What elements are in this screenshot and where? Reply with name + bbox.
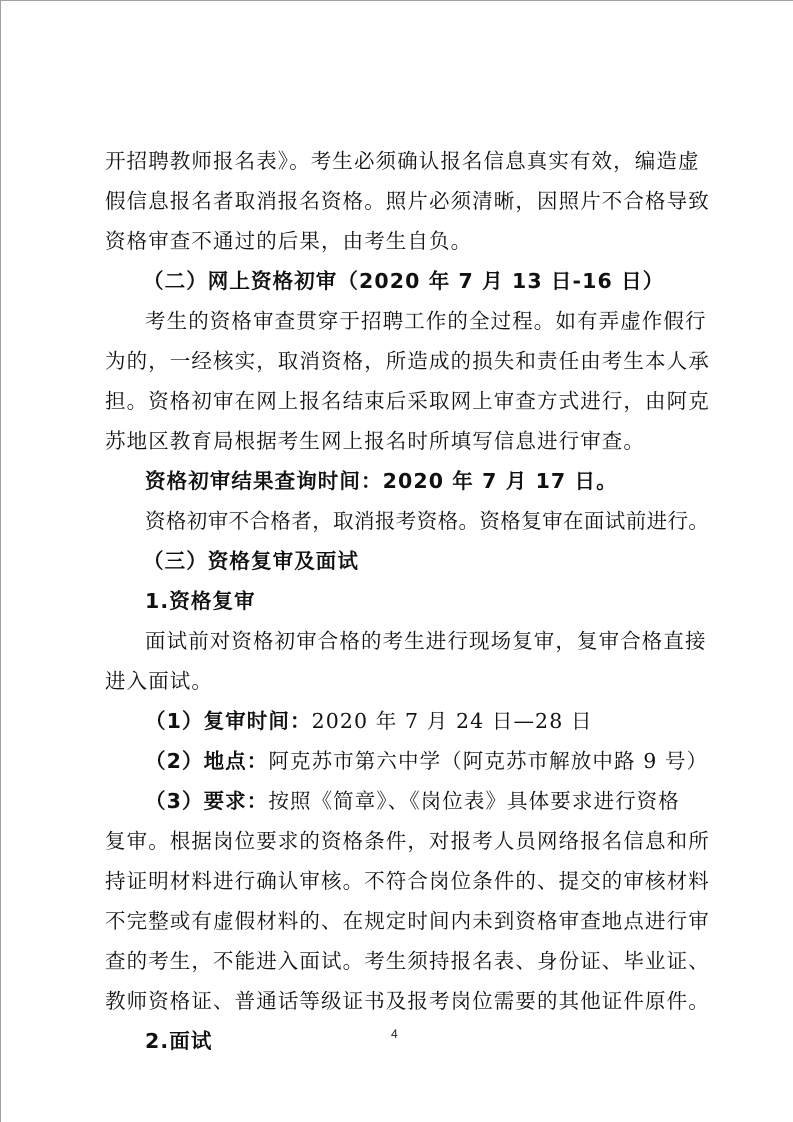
requirements-item: （3）要求：按照《简章》、《岗位表》具体要求进行资格 <box>145 781 680 821</box>
item-value: 2020 年 7 月 24 日—28 日 <box>312 709 593 733</box>
page-number: 4 <box>391 1027 398 1041</box>
paragraph-line: 资格审查不通过的后果，由考生自负。 <box>105 221 472 261</box>
paragraph-line: 教师资格证、普通话等级证书及报考岗位需要的其他证件原件。 <box>105 981 710 1021</box>
paragraph-line: 苏地区教育局根据考生网上报名时所填写信息进行审查。 <box>105 421 645 461</box>
item-label: （2）地点： <box>145 749 268 773</box>
subsection-heading-1: 1.资格复审 <box>145 581 256 621</box>
location-item: （2）地点：阿克苏市第六中学（阿克苏市解放中路 9 号） <box>145 741 708 781</box>
result-query-time: 资格初审结果查询时间：2020 年 7 月 17 日。 <box>145 461 618 501</box>
paragraph-line: 假信息报名者取消报名资格。照片必须清晰，因照片不合格导致 <box>105 181 710 221</box>
paragraph-line: 查的考生，不能进入面试。考生须持报名表、身份证、毕业证、 <box>105 941 710 981</box>
paragraph-line: 考生的资格审查贯穿于招聘工作的全过程。如有弄虚作假行 <box>145 301 707 341</box>
paragraph-line: 为的，一经核实，取消资格，所造成的损失和责任由考生本人承 <box>105 341 710 381</box>
paragraph-line: 不完整或有虚假材料的、在规定时间内未到资格审查地点进行审 <box>105 901 710 941</box>
section-heading-3: （三）资格复审及面试 <box>143 541 359 581</box>
paragraph-line: 资格初审不合格者，取消报考资格。资格复审在面试前进行。 <box>145 501 709 541</box>
page: 开招聘教师报名表》。考生必须确认报名信息真实有效，编造虚 假信息报名者取消报名资… <box>0 0 793 1122</box>
review-time-item: （1）复审时间：2020 年 7 月 24 日—28 日 <box>145 701 593 741</box>
paragraph-line: 持证明材料进行确认审核。不符合岗位条件的、提交的审核材料 <box>105 861 710 901</box>
paragraph-line: 面试前对资格初审合格的考生进行现场复审，复审合格直接 <box>145 621 707 661</box>
item-value: 阿克苏市第六中学（阿克苏市解放中路 9 号） <box>268 749 708 773</box>
item-label: （1）复审时间： <box>145 709 312 733</box>
item-value: 按照《简章》、《岗位表》具体要求进行资格 <box>268 789 680 813</box>
paragraph-line: 担。资格初审在网上报名结束后采取网上审查方式进行，由阿克 <box>105 381 710 421</box>
paragraph-line: 复审。根据岗位要求的资格条件，对报考人员网络报名信息和所 <box>105 821 710 861</box>
subsection-heading-2: 2.面试 <box>145 1021 212 1061</box>
item-label: （3）要求： <box>145 789 268 813</box>
paragraph-line: 开招聘教师报名表》。考生必须确认报名信息真实有效，编造虚 <box>105 141 700 181</box>
section-heading-2: （二）网上资格初审（2020 年 7 月 13 日-16 日） <box>143 261 664 301</box>
paragraph-line: 进入面试。 <box>105 661 213 701</box>
